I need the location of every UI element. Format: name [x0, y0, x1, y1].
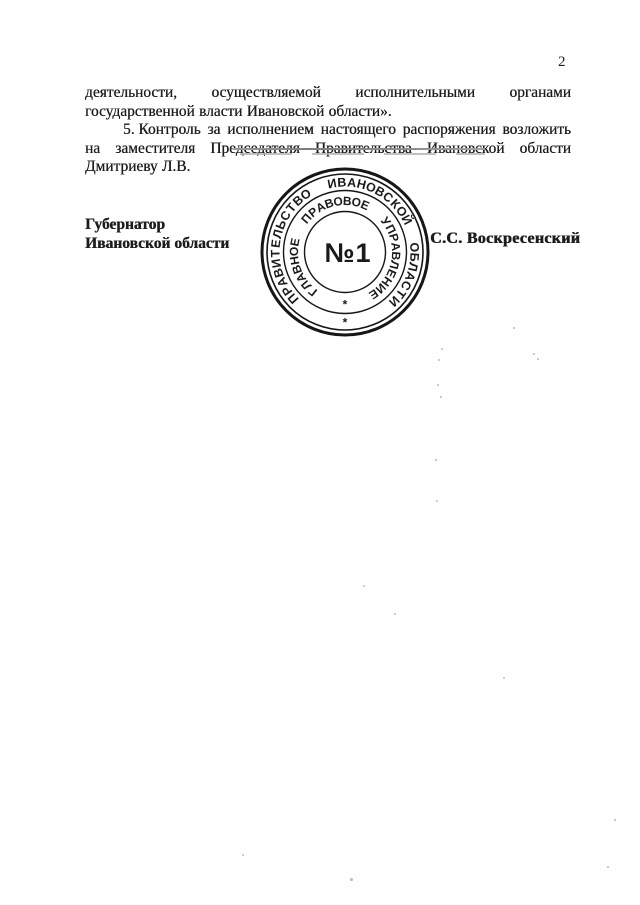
body-word: Правительства [315, 140, 412, 159]
body-line: 5. Контрользаисполнениемнастоящегораспор… [85, 121, 571, 140]
stamp-star-outer: * [343, 316, 348, 330]
signatory-title-line2: Ивановской области [85, 234, 229, 253]
body-word: осуществляемой [211, 84, 320, 103]
svg-text:Е: Е [287, 237, 302, 248]
scan-speck [437, 384, 439, 386]
body-word: органами [509, 84, 571, 103]
signatory-title-line1: Губернатор [85, 215, 229, 234]
body-word: области». [329, 103, 392, 122]
scan-speck [503, 677, 505, 679]
page-number: 2 [558, 54, 578, 71]
body-word: исполнительными [355, 84, 475, 103]
body-word: исполнением [227, 121, 314, 140]
body-line: назаместителяПредседателяПравительстваИв… [85, 140, 571, 159]
signatory-name: С.С. Воскресенский [430, 230, 580, 248]
body-word: 5. Контроль [123, 121, 201, 140]
scan-speck [242, 854, 244, 856]
official-round-stamp: ПРАВИТЕЛЬСТВО ИВАНОВСКОЙ ОБЛАСТИ ГЛАВНОЕ… [255, 162, 435, 342]
body-word: распоряжения [403, 121, 496, 140]
body-word: настоящего [321, 121, 396, 140]
svg-text:В: В [337, 175, 347, 189]
body-word: деятельности, [85, 84, 177, 103]
body-word: Председателя [210, 140, 300, 159]
body-word: заместителя [115, 140, 195, 159]
body-word: возложить [502, 121, 571, 140]
body-word: Ивановской [427, 140, 505, 159]
signatory-title: Губернатор Ивановской области [85, 215, 229, 253]
body-word: государственной [85, 103, 195, 122]
scan-speck [436, 500, 438, 502]
body-word: власти [199, 103, 242, 122]
body-word: за [207, 121, 220, 140]
body-word: Дмитриеву [85, 158, 158, 177]
scan-speck [607, 866, 609, 868]
scan-speck [438, 359, 440, 361]
body-line: деятельности,осуществляемойисполнительны… [85, 84, 571, 103]
scan-speck [350, 878, 353, 881]
body-line: государственнойвластиИвановскойобласти». [85, 103, 571, 122]
scan-speck [614, 819, 616, 821]
scan-speck [537, 358, 539, 360]
svg-text:Т: Т [268, 249, 282, 257]
svg-text:О: О [407, 242, 422, 253]
scan-speck [363, 585, 365, 587]
stamp-star-inner: * [343, 298, 348, 312]
scan-speck [435, 459, 437, 461]
scan-speck [441, 348, 443, 350]
document-page: 2 деятельности,осуществляемойисполнитель… [0, 0, 640, 905]
body-word: Л.В. [162, 158, 190, 177]
scan-speck [533, 353, 535, 355]
scan-speck [394, 613, 396, 615]
body-word: Ивановской [247, 103, 325, 122]
scan-speck [513, 327, 515, 329]
svg-text:И: И [326, 176, 337, 191]
body-word: области [520, 140, 571, 159]
scan-speck [440, 396, 442, 398]
svg-text:И: И [269, 258, 284, 269]
stamp-number: №1 [324, 238, 371, 268]
body-word: на [85, 140, 100, 159]
